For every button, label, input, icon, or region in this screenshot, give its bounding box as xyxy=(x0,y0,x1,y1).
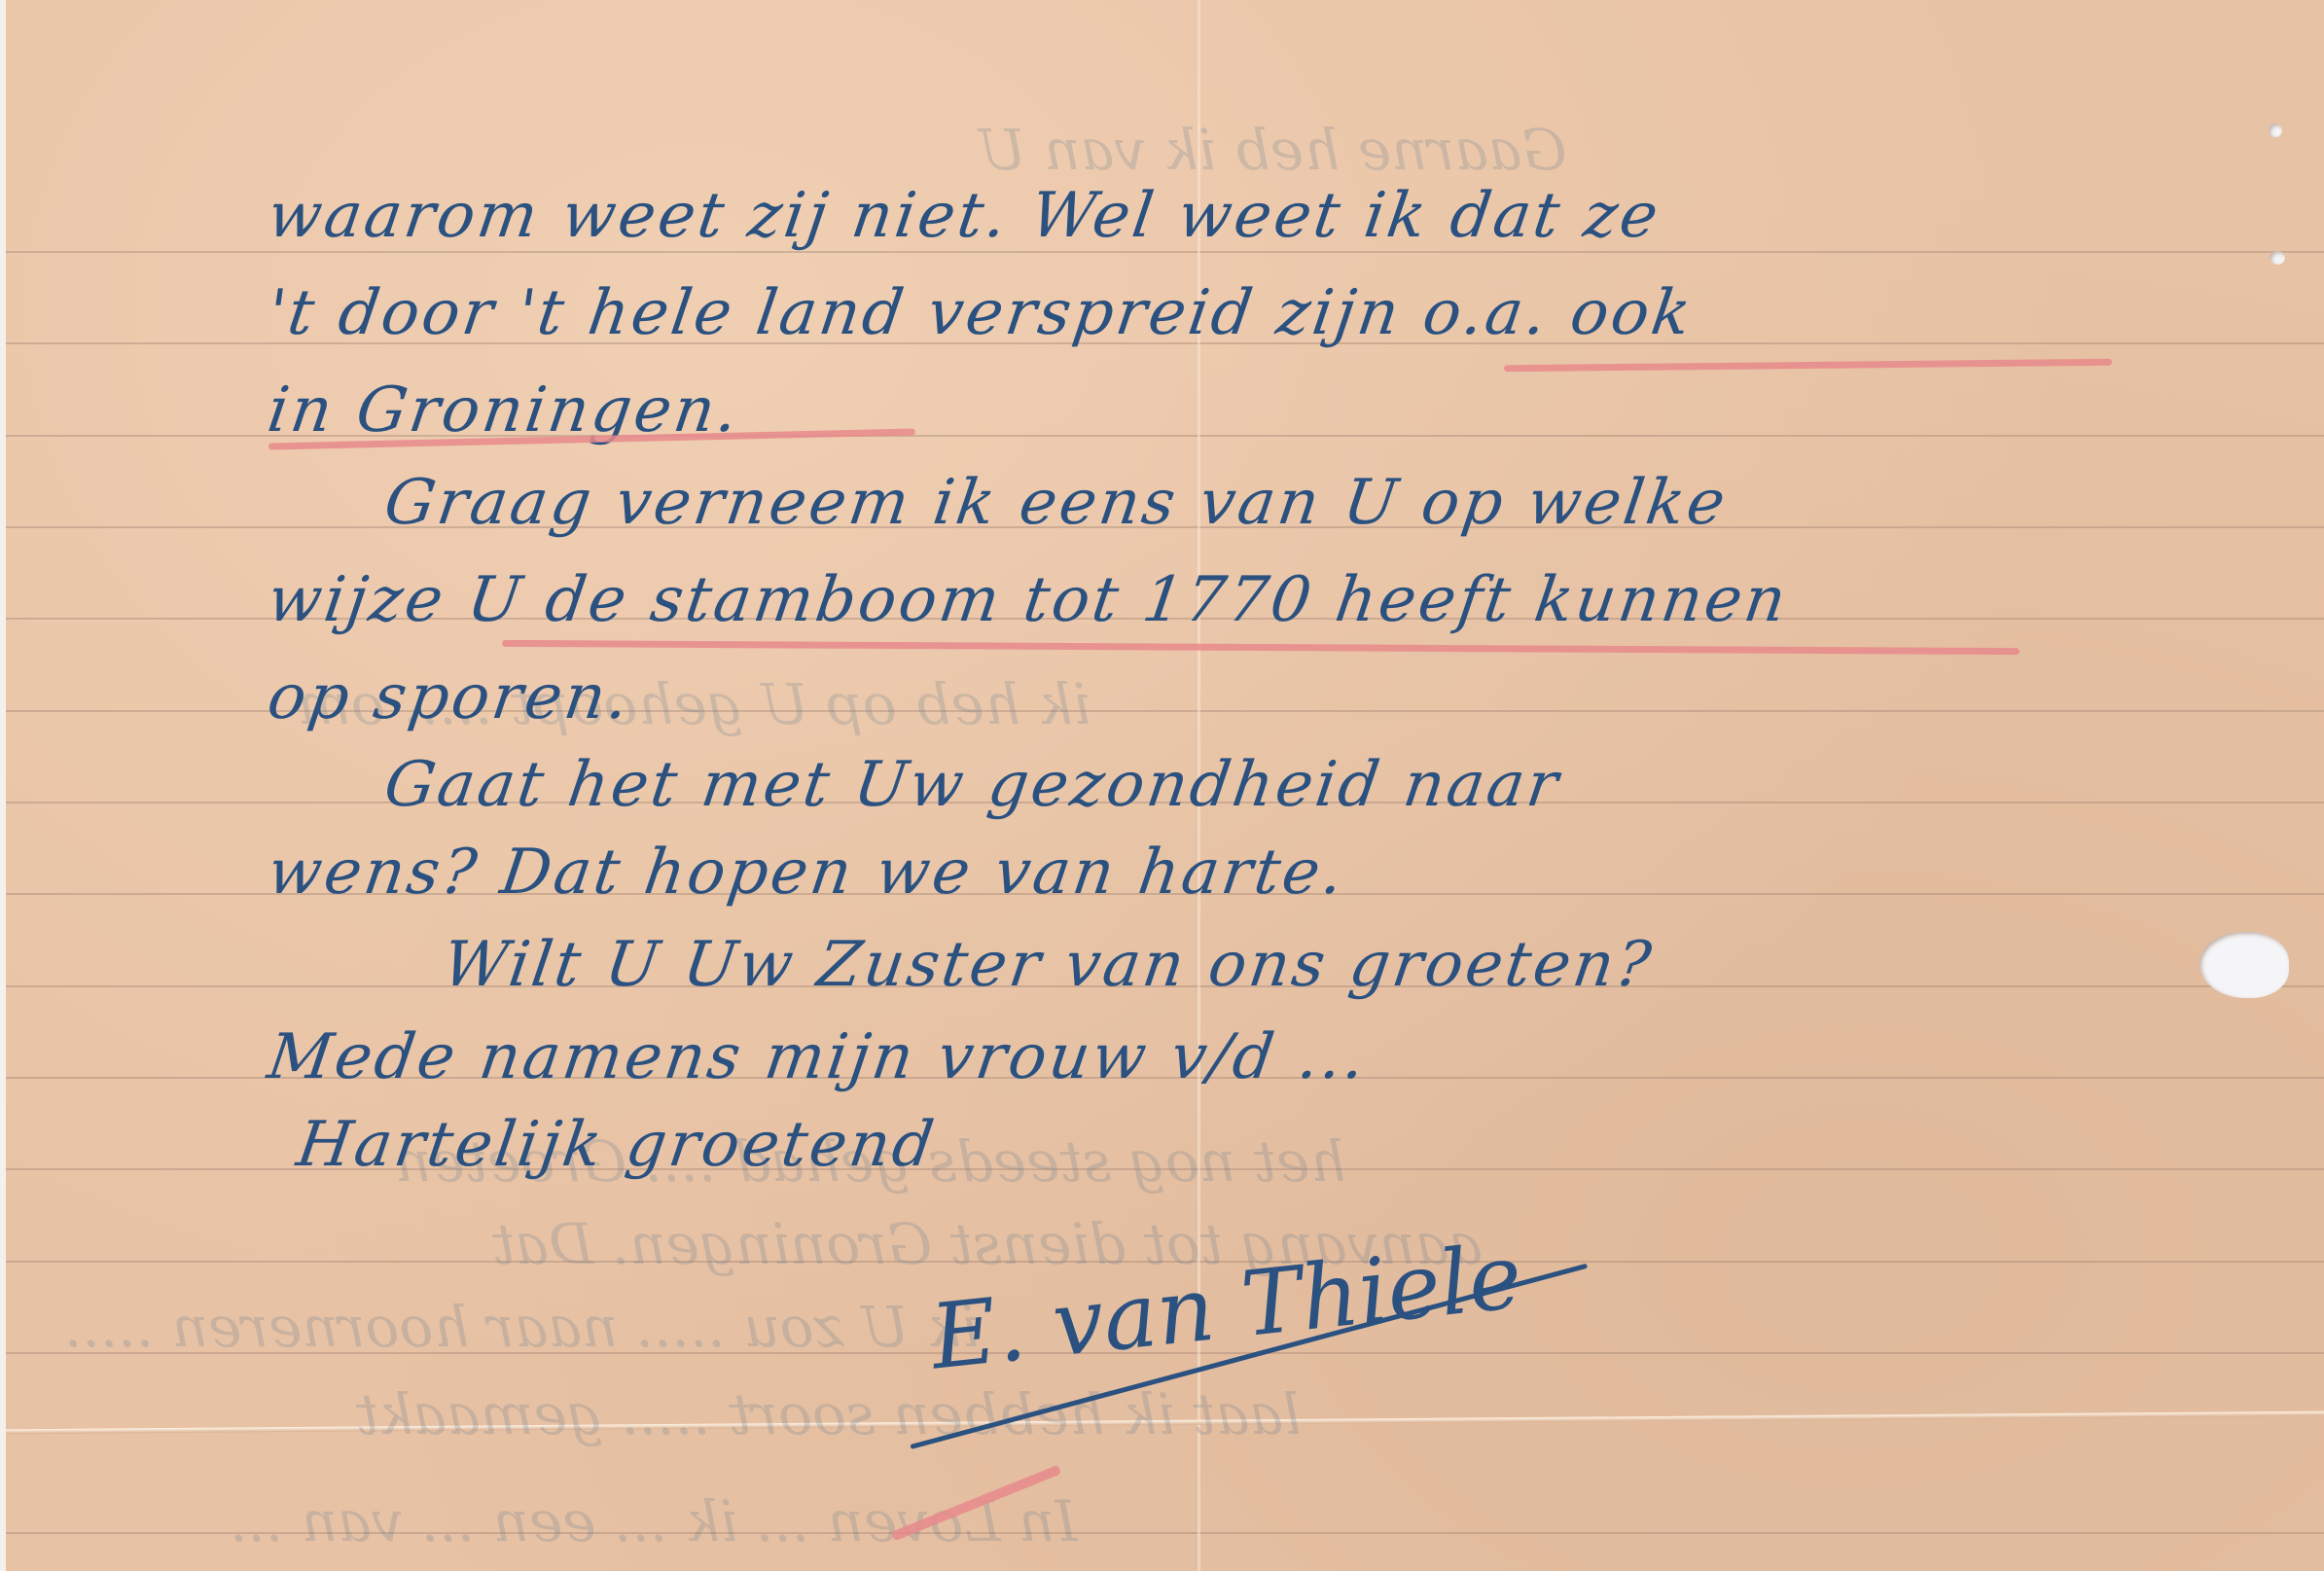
letter-line: waarom weet zij niet. Wel weet ik dat ze xyxy=(264,180,1665,252)
letter-line: Wilt U Uw Zuster van ons groeten? xyxy=(439,929,1658,1001)
red-underline xyxy=(1504,359,2112,373)
letter-line: op sporen. xyxy=(264,661,636,733)
bleed-through-text: In Loven ... ik ... een ... van ... xyxy=(230,1488,1077,1554)
bleed-through-text: Gaarne heb ik van U xyxy=(979,117,1567,183)
bleed-through-text: ik U zou ..... naar hoorneren ..... xyxy=(64,1294,980,1360)
letter-page: Gaarne heb ik van U ik heb op U gehoopt … xyxy=(6,0,2324,1571)
letter-line: 't door 't hele land verspreid zijn o.a.… xyxy=(264,277,1698,349)
staple-hole xyxy=(2270,251,2285,265)
letter-line: Gaat het met Uw gezondheid naar xyxy=(380,749,1565,821)
letter-line: Mede namens mijn vrouw v/d ... xyxy=(264,1021,1373,1093)
letter-line: wens? Dat hopen we van harte. xyxy=(264,837,1350,909)
letter-line: wijze U de stamboom tot 1770 heeft kunne… xyxy=(264,564,1793,636)
bleed-through-text: laat ik hebben soort ..... gemaakt xyxy=(356,1381,1301,1447)
staple-hole xyxy=(2269,124,2282,137)
punch-hole xyxy=(2199,932,2289,998)
letter-line: Hartelijk groetend xyxy=(293,1109,941,1181)
red-underline xyxy=(502,640,2020,655)
letter-line: Graag verneem ik eens van U op welke xyxy=(380,467,1733,539)
